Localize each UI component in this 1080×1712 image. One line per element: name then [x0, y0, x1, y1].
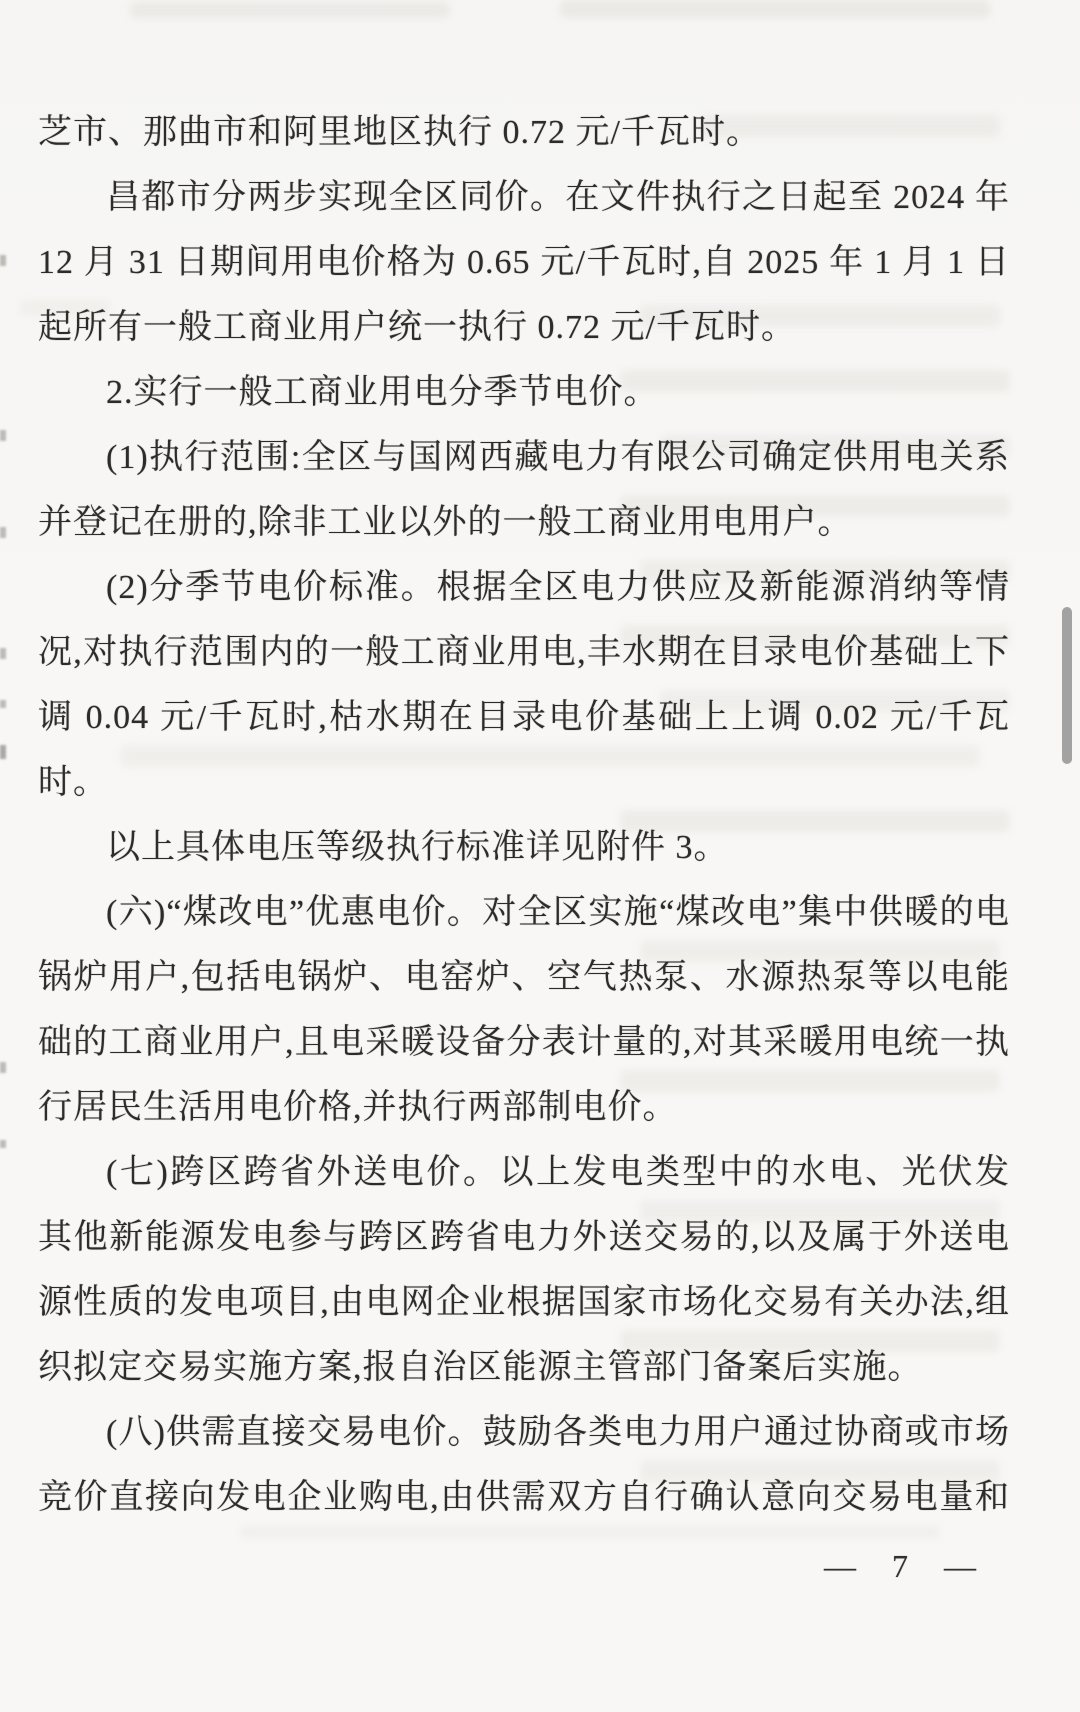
text-line: 其他新能源发电参与跨区跨省电力外送交易的,以及属于外送电 [38, 1205, 1010, 1270]
text-line: 源性质的发电项目,由电网企业根据国家市场化交易有关办法,组 [38, 1270, 1010, 1335]
text-line: 调 0.04 元/千瓦时,枯水期在目录电价基础上上调 0.02 元/千瓦 [38, 685, 1010, 750]
scan-speck [0, 648, 6, 659]
text-line: 础的工商业用户,且电采暖设备分表计量的,对其采暖用电统一执 [38, 1010, 1010, 1075]
text-line: 况,对执行范围内的一般工商业用电,丰水期在目录电价基础上下 [38, 620, 1010, 685]
scan-speck [0, 700, 6, 708]
page-number: — 7 — [824, 1543, 990, 1589]
text-line: 锅炉用户,包括电锅炉、电窑炉、空气热泵、水源热泵等以电能为基 [38, 945, 1010, 1010]
text-line: (六)“煤改电”优惠电价。对全区实施“煤改电”集中供暖的电 [38, 880, 1010, 945]
text-line: (七)跨区跨省外送电价。以上发电类型中的水电、光伏发电、 [38, 1140, 1010, 1205]
scan-speck [0, 430, 6, 441]
text-line: (1)执行范围:全区与国网西藏电力有限公司确定供用电关系 [38, 425, 1010, 490]
text-line: 并登记在册的,除非工业以外的一般工商业用电用户。 [38, 490, 1010, 555]
scrollbar-thumb[interactable] [1062, 607, 1072, 764]
text-line: 行居民生活用电价格,并执行两部制电价。 [38, 1075, 1010, 1140]
scan-speck [0, 527, 6, 538]
text-line: 织拟定交易实施方案,报自治区能源主管部门备案后实施。 [38, 1335, 1010, 1400]
text-line: 2.实行一般工商业用电分季节电价。 [38, 360, 1010, 425]
bleed-through-noise [560, 0, 990, 18]
text-line: (2)分季节电价标准。根据全区电力供应及新能源消纳等情 [38, 555, 1010, 620]
text-line: 起所有一般工商业用户统一执行 0.72 元/千瓦时。 [38, 295, 1010, 360]
text-line: 时。 [38, 750, 1010, 815]
scan-speck [0, 255, 6, 266]
scan-speck [0, 1062, 6, 1073]
text-line: 以上具体电压等级执行标准详见附件 3。 [38, 815, 1010, 880]
document-page: 芝市、那曲市和阿里地区执行 0.72 元/千瓦时。 昌都市分两步实现全区同价。在… [0, 0, 1080, 1712]
text-line: (八)供需直接交易电价。鼓励各类电力用户通过协商或市场 [38, 1400, 1010, 1465]
bleed-through-noise [130, 2, 450, 18]
scan-speck [0, 1140, 6, 1148]
text-line: 昌都市分两步实现全区同价。在文件执行之日起至 2024 年 [38, 165, 1010, 230]
text-line: 竞价直接向发电企业购电,由供需双方自行确认意向交易电量和 [38, 1465, 1010, 1530]
document-body: 芝市、那曲市和阿里地区执行 0.72 元/千瓦时。 昌都市分两步实现全区同价。在… [38, 100, 1010, 1530]
text-line: 芝市、那曲市和阿里地区执行 0.72 元/千瓦时。 [38, 100, 1010, 165]
scan-speck [0, 745, 6, 759]
text-line: 12 月 31 日期间用电价格为 0.65 元/千瓦时,自 2025 年 1 月… [38, 230, 1010, 295]
